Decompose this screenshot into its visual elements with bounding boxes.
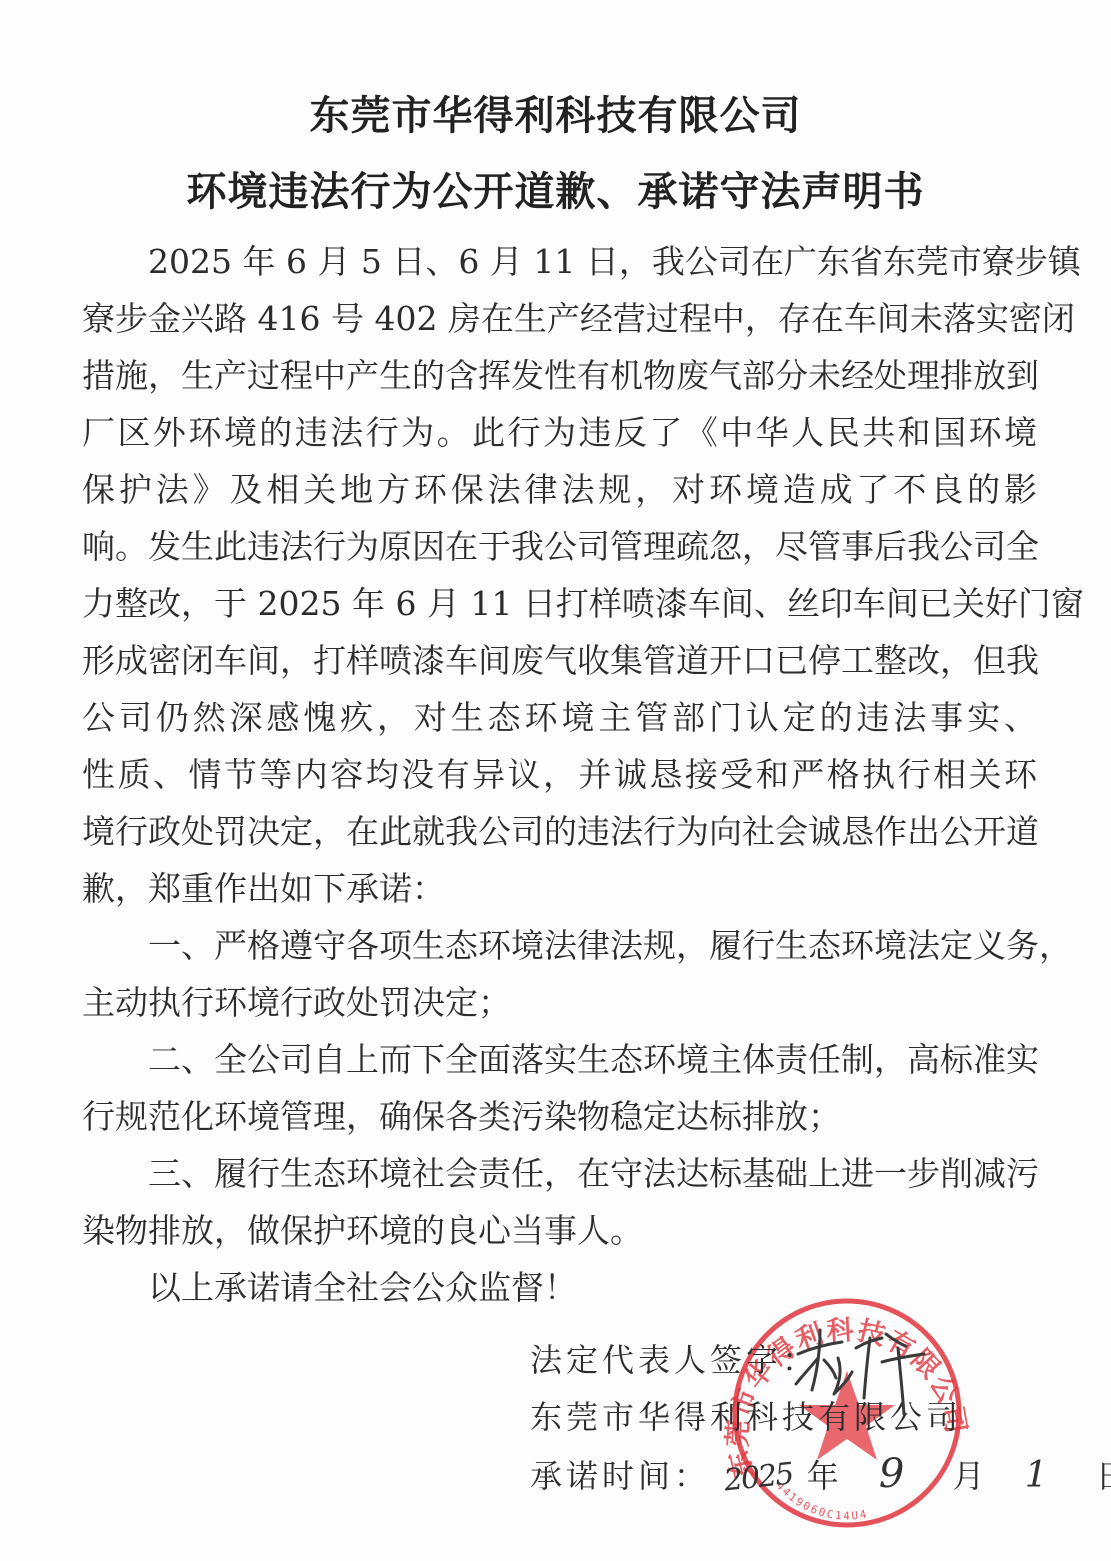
handwritten-year: 2025 — [722, 1450, 795, 1507]
day-unit: 日 — [1096, 1457, 1111, 1495]
body-line: 寮步金兴路 416 号 402 房在生产经营过程中，存在车间未落实密闭 — [82, 294, 1037, 344]
month-unit: 月 — [953, 1457, 989, 1495]
handwritten-month: 9 — [879, 1451, 908, 1497]
body-line: 措施，生产过程中产生的含挥发性有机物废气部分未经处理排放到 — [82, 351, 1037, 401]
body-line: 保护法》及相关地方环保法律法规，对环境造成了不良的影 — [82, 465, 1037, 515]
commitment-date-label: 承诺时间： — [530, 1457, 710, 1495]
document-title-statement: 环境违法行为公开道歉、承诺守法声明书 — [0, 160, 1111, 217]
document-title-company: 东莞市华得利科技有限公司 — [0, 84, 1111, 141]
commitment-2-line-2: 行规范化环境管理，确保各类污染物稳定达标排放； — [82, 1092, 1037, 1142]
commitment-1-line-2: 主动执行环境行政处罚决定； — [82, 978, 1037, 1028]
body-line: 厂区外环境的违法行为。此行为违反了《中华人民共和国环境 — [82, 408, 1037, 458]
body-line: 性质、情节等内容均没有异议，并诚恳接受和严格执行相关环 — [82, 750, 1037, 800]
handwritten-day: 1 — [1025, 1455, 1052, 1496]
commitment-date-row: 承诺时间： 2025 年 9 月 1 日 — [530, 1449, 1111, 1503]
signature-company-name: 东莞市华得利科技有限公司 — [530, 1392, 962, 1442]
commitment-3-line-2: 染物排放，做保护环境的良心当事人。 — [82, 1206, 1037, 1256]
commitment-3-line-1: 三、履行生态环境社会责任，在守法达标基础上进一步削减污 — [148, 1149, 1037, 1199]
closing-statement: 以上承诺请全社会公众监督！ — [148, 1263, 1037, 1313]
body-line: 境行政处罚决定，在此就我公司的违法行为向社会诚恳作出公开道 — [82, 807, 1037, 857]
year-unit: 年 — [807, 1457, 843, 1495]
commitment-2-line-1: 二、全公司自上而下全面落实生态环境主体责任制，高标准实 — [148, 1035, 1037, 1085]
body-line: 形成密闭车间，打样喷漆车间废气收集管道开口已停工整改，但我 — [82, 636, 1037, 686]
legal-representative-label: 法定代表人签字： — [530, 1335, 818, 1385]
commitment-1-line-1: 一、严格遵守各项生态环境法律法规，履行生态环境法定义务， — [148, 921, 1037, 971]
body-line: 力整改，于 2025 年 6 月 11 日打样喷漆车间、丝印车间已关好门窗 — [82, 579, 1037, 629]
document-page: 东莞市华得利科技有限公司 环境违法行为公开道歉、承诺守法声明书 2025 年 6… — [0, 0, 1111, 1561]
body-line: 歉，郑重作出如下承诺： — [82, 864, 1037, 914]
body-line: 公司仍然深感愧疚，对生态环境主管部门认定的违法事实、 — [82, 693, 1037, 743]
body-line: 2025 年 6 月 5 日、6 月 11 日，我公司在广东省东莞市寮步镇 — [148, 237, 1037, 287]
body-line: 响。发生此违法行为原因在于我公司管理疏忽，尽管事后我公司全 — [82, 522, 1037, 572]
